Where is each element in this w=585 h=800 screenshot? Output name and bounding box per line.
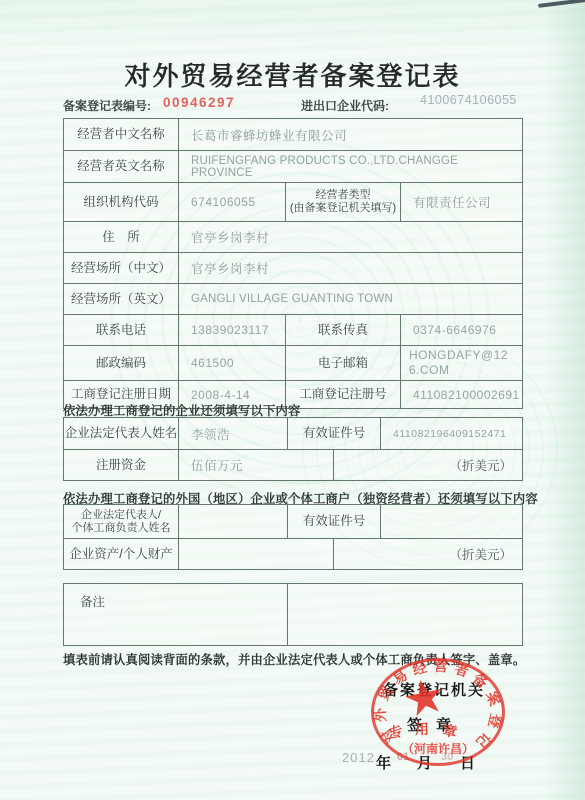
table-row: 经营场所（中文） 官亭乡岗李村: [64, 253, 522, 284]
table-row: 企业资产/个人财产 （折美元）: [64, 539, 522, 569]
field-value: 官亭乡岗李村: [179, 222, 522, 252]
month-value-faint: 01: [397, 751, 409, 763]
field-label-line2: 个体工商负责人姓名: [72, 522, 171, 535]
field-value-empty: [381, 505, 522, 538]
field-label: 经营者英文名称: [64, 151, 179, 182]
month-char: 月: [417, 752, 432, 773]
field-label: 电子邮箱: [286, 346, 401, 380]
field-label: 经营场所（中文）: [64, 253, 179, 283]
table-row: 备注: [64, 584, 522, 645]
page-title: 对外贸易经营者备案登记表: [0, 56, 585, 93]
field-value: 0374-6646976: [401, 315, 522, 345]
field-label-line1: 企业法定代表人/: [81, 509, 161, 522]
usd-equivalent-label: （折美元）: [334, 450, 522, 480]
scan-corner-artifact: [538, 0, 585, 8]
field-value: 13839023117: [179, 315, 286, 345]
field-label: 住 所: [64, 222, 179, 252]
authority-label: 备案登记机关: [383, 679, 485, 700]
field-value: RUIFENGFANG PRODUCTS CO.,LTD.CHANGGE PRO…: [179, 151, 522, 182]
field-value: 伍佰万元: [179, 450, 334, 480]
main-info-table: 经营者中文名称 长葛市睿蜂坊蜂业有限公司 经营者英文名称 RUIFENGFANG…: [63, 118, 523, 409]
form-no-label: 备案登记表编号:: [63, 97, 151, 114]
field-label: 企业法定代表人姓名: [64, 418, 179, 449]
field-label: 有效证件号: [288, 418, 381, 449]
stamp-region-text: （河南许昌）: [371, 740, 505, 757]
field-label: 企业资产/个人财产: [64, 539, 179, 569]
field-label: 有效证件号: [288, 505, 381, 538]
day-value-faint: 30: [441, 751, 453, 763]
ie-code-label: 进出口企业代码:: [301, 97, 389, 114]
field-label: 邮政编码: [64, 346, 179, 380]
field-label: 联系电话: [64, 315, 179, 345]
ie-code-value: 4100674106055: [420, 93, 517, 107]
field-value: 官亭乡岗李村: [179, 253, 522, 283]
field-value: 李领浩: [179, 418, 288, 449]
field-label-line2: (由备案登记机关填写): [290, 202, 396, 215]
stamp-ring-text: 对外贸易经营者备案登记: [371, 658, 504, 751]
official-red-stamp: 对外贸易经营者备案登记 ★ 专 用 章 （河南许昌）: [371, 658, 505, 766]
usd-equivalent-label: （折美元）: [334, 539, 522, 569]
table-row: 经营者中文名称 长葛市睿蜂坊蜂业有限公司: [64, 119, 522, 151]
field-value: 411082100002691: [401, 381, 522, 408]
table-row: 经营场所（英文） GANGLI VILLAGE GUANTING TOWN: [64, 284, 522, 315]
domestic-enterprise-table: 企业法定代表人姓名 李领浩 有效证件号 411082196409152471 注…: [63, 417, 523, 481]
scanned-registration-form: 对外贸易经营者备案登记表 备案登记表编号: 00946297 进出口企业代码: …: [0, 0, 585, 800]
table-row: 联系电话 13839023117 联系传真 0374-6646976: [64, 315, 522, 346]
field-value-empty: [179, 505, 288, 538]
field-value: 674106055: [179, 183, 286, 221]
remark-box: 备注: [63, 583, 523, 646]
field-label-line1: 经营者类型: [316, 189, 371, 202]
signature-seal-label: 签章: [407, 714, 465, 735]
form-no-value: 00946297: [163, 95, 235, 110]
foreign-enterprise-table: 企业法定代表人/ 个体工商负责人姓名 有效证件号 企业资产/个人财产 （折美元）: [63, 504, 523, 570]
field-label: 组织机构代码: [64, 183, 179, 221]
field-label: 经营者中文名称: [64, 119, 179, 150]
field-label: 经营者类型 (由备案登记机关填写): [286, 183, 401, 221]
field-value: 长葛市睿蜂坊蜂业有限公司: [179, 119, 522, 150]
field-value: 有限责任公司: [401, 183, 522, 221]
year-value: 2012: [342, 750, 375, 765]
field-value: 411082196409152471: [381, 418, 522, 449]
stamp-inner-char: 专: [386, 720, 405, 743]
table-row: 组织机构代码 674106055 经营者类型 (由备案登记机关填写) 有限责任公…: [64, 183, 522, 222]
table-row: 邮政编码 461500 电子邮箱 HONGDAFY@126.COM: [64, 346, 522, 381]
field-label: 企业法定代表人/ 个体工商负责人姓名: [64, 505, 179, 538]
remark-empty-cell: [288, 584, 522, 645]
field-label: 工商登记注册号: [286, 381, 401, 408]
table-row: 经营者英文名称 RUIFENGFANG PRODUCTS CO.,LTD.CHA…: [64, 151, 522, 183]
stamp-ring: [371, 658, 505, 766]
remark-label: 备注: [64, 584, 288, 645]
year-char: 年: [376, 752, 391, 773]
footer-note: 填表前请认真阅读背面的条款，并由企业法定代表人或个体工商负责人签字、盖章。: [63, 650, 533, 668]
day-char: 日: [460, 752, 475, 773]
field-label: 注册资金: [64, 450, 179, 480]
field-label: 联系传真: [286, 315, 401, 345]
field-value: GANGLI VILLAGE GUANTING TOWN: [179, 284, 522, 314]
table-row: 企业法定代表人姓名 李领浩 有效证件号 411082196409152471: [64, 418, 522, 450]
table-row: 企业法定代表人/ 个体工商负责人姓名 有效证件号: [64, 505, 522, 539]
stamp-ring-text-svg: 对外贸易经营者备案登记: [371, 658, 505, 762]
field-label: 经营场所（英文）: [64, 284, 179, 314]
field-value: HONGDAFY@126.COM: [401, 346, 522, 380]
field-value: 461500: [179, 346, 286, 380]
table-row: 注册资金 伍佰万元 （折美元）: [64, 450, 522, 480]
table-row: 住 所 官亭乡岗李村: [64, 222, 522, 253]
svg-text:对外贸易经营者备案登记: 对外贸易经营者备案登记: [371, 658, 504, 751]
field-value-empty: [179, 539, 334, 569]
